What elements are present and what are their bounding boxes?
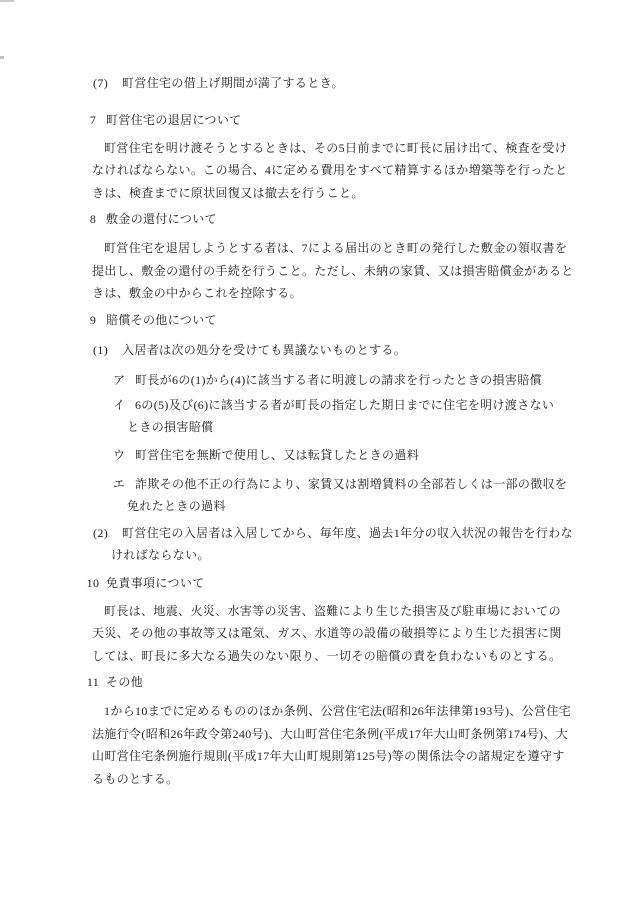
item-label: ア bbox=[113, 369, 135, 391]
clause-item-2: (2)町営住宅の入居者は入居してから、毎年度、過去1年分の収入状況の報告を行わな… bbox=[0, 522, 630, 567]
paragraph-line: 提出し、敷金の還付の手続を行うこと。ただし、未納の家賃、又は損害賠償金があると bbox=[0, 260, 630, 282]
subitem-a: ア町長が6の(1)から(4)に該当する者に明渡しの請求を行ったときの損害賠償 bbox=[0, 369, 630, 391]
paragraph-line: るものとする。 bbox=[0, 768, 630, 790]
item-label: イ bbox=[113, 394, 135, 416]
clause-text: 入居者は次の処分を受けても異議ないものとする。 bbox=[122, 343, 406, 357]
section-10-paragraph: 町長は、地震、火災、水害等の災害、盗難により生じた損害及び駐車場においての 天災… bbox=[0, 600, 630, 667]
item-label: (1) bbox=[93, 339, 122, 361]
clause-text: 6の(5)及び(6)に該当する者が町長の指定した期日までに住宅を明け渡さない bbox=[135, 398, 554, 412]
paragraph-line: しては、町長に多大なる過失のない限り、一切その賠償の責を負わないものとする。 bbox=[0, 645, 630, 667]
section-heading-9: 9賠償その他について bbox=[0, 309, 630, 331]
paragraph-line: 町営住宅を明け渡そうとするときは、その5日前までに町長に届け出て、検査を受け bbox=[0, 137, 630, 159]
section-title: 免責事項について bbox=[106, 576, 205, 590]
document-page: (7)町営住宅の借上げ期間が満了するとき。 7町営住宅の退居について 町営住宅を… bbox=[0, 0, 630, 903]
section-title: その他 bbox=[106, 675, 143, 689]
paragraph-line: きは、検査までに原状回復又は撤去を行うこと。 bbox=[0, 182, 630, 204]
item-label: (7) bbox=[93, 72, 122, 94]
clause-item-1: (1)入居者は次の処分を受けても異議ないものとする。 bbox=[0, 339, 630, 361]
clause-text: 詐欺その他不正の行為により、家賃又は割増賃料の全部若しくは一部の徴収を bbox=[135, 477, 567, 491]
paragraph-line: きは、敷金の中からこれを控除する。 bbox=[0, 282, 630, 304]
clause-text: 町営住宅の入居者は入居してから、毎年度、過去1年分の収入状況の報告を行わな bbox=[122, 526, 573, 540]
subitem-e: エ詐欺その他不正の行為により、家賃又は割増賃料の全部若しくは一部の徴収を 免れた… bbox=[0, 473, 630, 518]
section-heading-10: 10免責事項について bbox=[0, 572, 630, 594]
clause-text: 町長が6の(1)から(4)に該当する者に明渡しの請求を行ったときの損害賠償 bbox=[135, 373, 542, 387]
section-heading-7: 7町営住宅の退居について bbox=[0, 109, 630, 131]
section-11-paragraph: 1から10までに定めるもののほか条例、公営住宅法(昭和26年法律第193号)、公… bbox=[0, 700, 630, 790]
subitem-i: イ6の(5)及び(6)に該当する者が町長の指定した期日までに住宅を明け渡さない … bbox=[0, 394, 630, 439]
clause-text: 免れたときの過料 bbox=[0, 495, 630, 517]
item-label: エ bbox=[113, 473, 135, 495]
section-number: 9 bbox=[80, 309, 106, 331]
section-7-paragraph: 町営住宅を明け渡そうとするときは、その5日前までに町長に届け出て、検査を受け な… bbox=[0, 137, 630, 204]
section-title: 敷金の還付について bbox=[106, 212, 217, 226]
item-label: (2) bbox=[93, 522, 122, 544]
section-number: 11 bbox=[80, 671, 106, 693]
paragraph-line: 山町営住宅条例施行規則(平成17年大山町規則第125号)等の関係法令の諸規定を遵… bbox=[0, 745, 630, 767]
section-number: 7 bbox=[80, 109, 106, 131]
section-heading-8: 8敷金の還付について bbox=[0, 208, 630, 230]
paragraph-line: 法施行令(昭和26年政令第240号)、大山町営住宅条例(平成17年大山町条例第1… bbox=[0, 723, 630, 745]
section-heading-11: 11その他 bbox=[0, 671, 630, 693]
section-8-paragraph: 町営住宅を退居しようとする者は、7による届出のとき町の発行した敷金の領収書を 提… bbox=[0, 237, 630, 304]
clause-item-7: (7)町営住宅の借上げ期間が満了するとき。 bbox=[0, 72, 630, 94]
section-number: 8 bbox=[80, 208, 106, 230]
paragraph-line: 1から10までに定めるもののほか条例、公営住宅法(昭和26年法律第193号)、公… bbox=[0, 700, 630, 722]
item-label: ウ bbox=[113, 444, 135, 466]
clause-text: ければならない。 bbox=[0, 544, 630, 566]
section-title: 町営住宅の退居について bbox=[106, 113, 242, 127]
scan-artifact bbox=[0, 0, 14, 2]
section-title: 賠償その他について bbox=[106, 313, 217, 327]
scan-artifact bbox=[0, 56, 4, 59]
paragraph-line: 町営住宅を退居しようとする者は、7による届出のとき町の発行した敷金の領収書を bbox=[0, 237, 630, 259]
clause-text: 町営住宅の借上げ期間が満了するとき。 bbox=[122, 76, 344, 90]
paragraph-line: 町長は、地震、火災、水害等の災害、盗難により生じた損害及び駐車場においての bbox=[0, 600, 630, 622]
subitem-u: ウ町営住宅を無断で使用し、又は転貸したときの過料 bbox=[0, 444, 630, 466]
section-number: 10 bbox=[80, 572, 106, 594]
clause-text: 町営住宅を無断で使用し、又は転貸したときの過料 bbox=[135, 448, 419, 462]
paragraph-line: なければならない。この場合、4に定める費用をすべて精算するほか増築等を行ったと bbox=[0, 159, 630, 181]
paragraph-line: 天災、その他の事故等又は電気、ガス、水道等の設備の破損等により生じた損害に関 bbox=[0, 622, 630, 644]
clause-text: ときの損害賠償 bbox=[0, 416, 630, 438]
